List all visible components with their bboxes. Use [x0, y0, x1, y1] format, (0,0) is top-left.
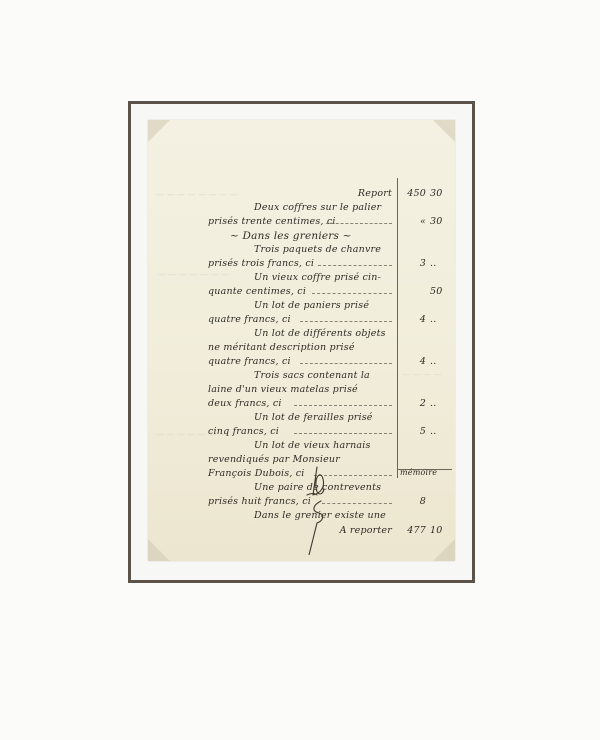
entry-centimes: 50	[430, 286, 452, 297]
entry-francs: 4	[404, 314, 426, 325]
signature-paraphe-icon	[303, 465, 343, 555]
entry-centimes: ..	[430, 426, 452, 437]
entry-text: prisés huit francs, ci	[208, 496, 311, 507]
ledger-entry-line: laine d'un vieux matelas prisé	[208, 384, 454, 398]
carry-forward-label: A reporter	[340, 525, 392, 536]
ledger-entry-line: quante centimes, ci 50	[208, 286, 454, 300]
fill-dash	[312, 293, 392, 294]
report-row: Report 450 30	[208, 188, 454, 202]
fill-dash	[326, 223, 392, 224]
report-francs: 450	[404, 188, 426, 199]
report-centimes: 30	[430, 188, 452, 199]
section-heading-row: ~ Dans les greniers ~	[208, 230, 454, 244]
entry-text: Un lot de différents objets	[254, 328, 386, 339]
entry-francs: 8	[404, 496, 426, 507]
entry-text: prisés trente centimes, ci	[208, 216, 336, 227]
ledger-entry-line: Trois sacs contenant la	[208, 370, 454, 384]
entry-text: deux francs, ci	[208, 398, 282, 409]
ledger-entry-line: Deux coffres sur le palier	[208, 202, 454, 216]
ledger-entry-line: prisés trois francs, ci 3 ..	[208, 258, 454, 272]
ledger-entry-line: Trois paquets de chanvre	[208, 244, 454, 258]
entry-text: Trois paquets de chanvre	[254, 244, 381, 255]
entry-centimes: ..	[430, 398, 452, 409]
section-heading: ~ Dans les greniers ~	[230, 230, 352, 242]
entry-text: quatre francs, ci	[208, 356, 291, 367]
entry-text: Un lot de vieux harnais	[254, 440, 371, 451]
entry-text: Un lot de ferailles prisé	[254, 412, 373, 423]
entry-francs: 4	[404, 356, 426, 367]
entry-text: Deux coffres sur le palier	[254, 202, 381, 213]
entry-text: Trois sacs contenant la	[254, 370, 370, 381]
ledger-entry-line: Un vieux coffre prisé cin-	[208, 272, 454, 286]
fill-dash	[294, 433, 392, 434]
entry-centimes: ..	[430, 258, 452, 269]
entry-text: Un vieux coffre prisé cin-	[254, 272, 381, 283]
entry-francs: «	[404, 216, 426, 227]
fill-dash	[300, 363, 392, 364]
ledger-entry-line: prisés trente centimes, ci « 30	[208, 216, 454, 230]
fill-dash	[318, 265, 392, 266]
entry-text: Un lot de paniers prisé	[254, 300, 369, 311]
fill-dash	[300, 321, 392, 322]
ledger-lines: Report 450 30 Deux coffres sur le palier…	[148, 120, 455, 561]
entry-text: prisés trois francs, ci	[208, 258, 314, 269]
entry-text: François Dubois, ci	[208, 468, 305, 479]
ledger-entry-line: Un lot de vieux harnais	[208, 440, 454, 454]
entry-text: quante centimes, ci	[208, 286, 306, 297]
section-heading-text: Dans les greniers	[243, 230, 340, 242]
ledger-entry-line: ne méritant description prisé	[208, 342, 454, 356]
entry-centimes: ..	[430, 314, 452, 325]
entry-francs: 3	[404, 258, 426, 269]
ledger-entry-line: quatre francs, ci 4 ..	[208, 356, 454, 370]
entry-text: cinq francs, ci	[208, 426, 279, 437]
ledger-entry-line: Un lot de différents objets	[208, 328, 454, 342]
ledger-entry-line: cinq francs, ci 5 ..	[208, 426, 454, 440]
entry-centimes: 30	[430, 216, 452, 227]
ledger-entry-line: Un lot de paniers prisé	[208, 300, 454, 314]
entry-francs: 5	[404, 426, 426, 437]
entry-text: ne méritant description prisé	[208, 342, 355, 353]
report-label: Report	[358, 188, 392, 199]
entry-centimes: ..	[430, 356, 452, 367]
fill-dash	[294, 405, 392, 406]
entry-text: revendiqués par Monsieur	[208, 454, 340, 465]
ledger-entry-line: deux francs, ci 2 ..	[208, 398, 454, 412]
carry-forward-francs: 477	[404, 525, 426, 536]
ledger-entry-line: quatre francs, ci 4 ..	[208, 314, 454, 328]
entry-francs: 2	[404, 398, 426, 409]
entry-memoire: mémoire	[400, 468, 440, 477]
ledger-entry-line: Un lot de ferailles prisé	[208, 412, 454, 426]
entry-text: quatre francs, ci	[208, 314, 291, 325]
ledger-page: — — — — — — — — — — — — — — — — — — — — …	[148, 120, 455, 561]
entry-text: laine d'un vieux matelas prisé	[208, 384, 358, 395]
carry-forward-centimes: 10	[430, 525, 452, 536]
